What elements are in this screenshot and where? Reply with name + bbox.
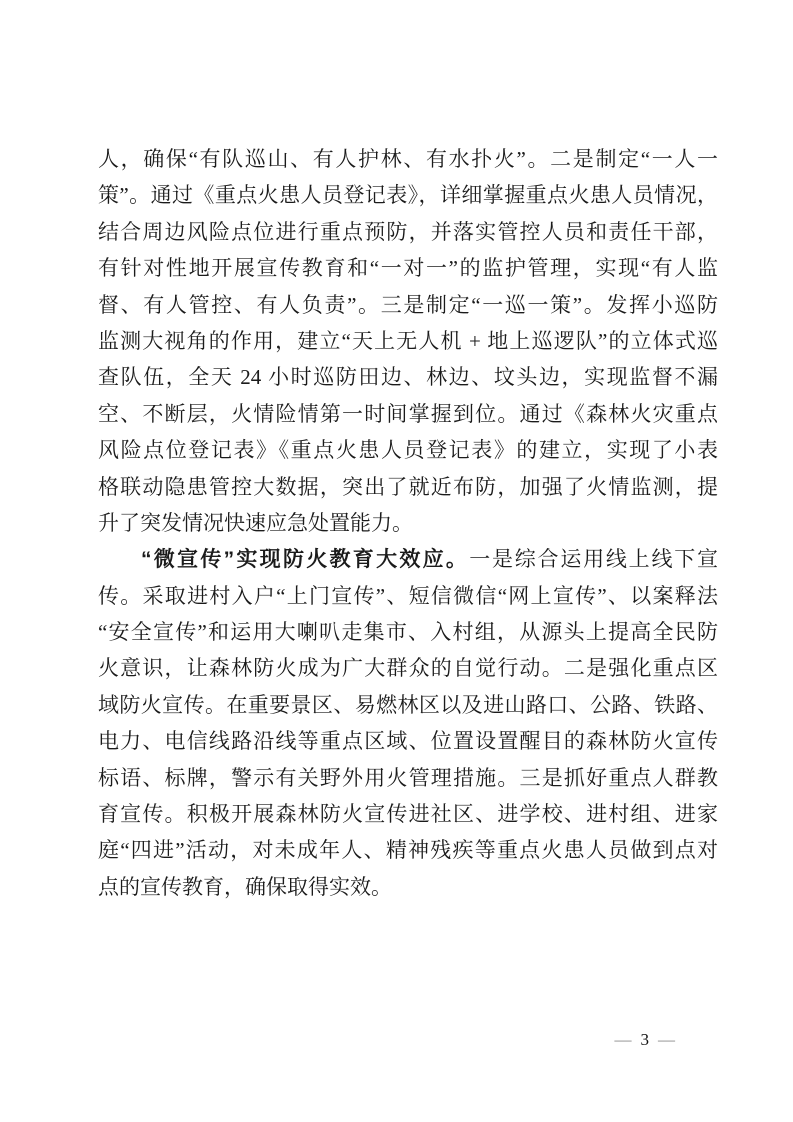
bold-subheading: “微宣传”实现防火教育大效应。	[141, 548, 469, 571]
text-line: 结合周边风险点位进行重点预防，并落实管控人员和责任干部，	[98, 214, 718, 250]
body-text: 人，确保“有队巡山、有人护林、有水扑火”。二是制定“一人一 策”。通过《重点火患…	[98, 141, 718, 905]
text-line: 火意识，让森林防火成为广大群众的自觉行动。二是强化重点区	[98, 650, 718, 686]
text-line: 策”。通过《重点火患人员登记表》，详细掌握重点火患人员情况，	[98, 177, 718, 213]
text-line: 风险点位登记表》《重点火患人员登记表》的建立，实现了小表	[98, 432, 718, 468]
page-footer: —3—	[615, 1030, 676, 1050]
text-line: 督、有人管控、有人负责”。三是制定“一巡一策”。发挥小巡防	[98, 287, 718, 323]
text-line: 人，确保“有队巡山、有人护林、有水扑火”。二是制定“一人一	[98, 141, 718, 177]
paragraph-2: “微宣传”实现防火教育大效应。一是综合运用线上线下宣 传。采取进村入户“上门宣传…	[98, 541, 718, 905]
text-line: 格联动隐患管控大数据，突出了就近布防，加强了火情监测，提	[98, 469, 718, 505]
text-line: 传。采取进村入户“上门宣传”、短信微信“网上宣传”、以案释法	[98, 578, 718, 614]
text-line: 空、不断层，火情险情第一时间掌握到位。通过《森林火灾重点	[98, 396, 718, 432]
text-line: “安全宣传”和运用大喇叭走集市、入村组，从源头上提高全民防	[98, 614, 718, 650]
text-line: 查队伍，全天 24 小时巡防田边、林边、坟头边，实现监督不漏	[98, 359, 718, 395]
text-line: 升了突发情况快速应急处置能力。	[98, 505, 718, 541]
text-line: 点的宣传教育，确保取得实效。	[98, 869, 718, 905]
page-number: 3	[641, 1030, 650, 1049]
text-line: 域防火宣传。在重要景区、易燃林区以及进山路口、公路、铁路、	[98, 687, 718, 723]
text-line: 有针对性地开展宣传教育和“一对一”的监护管理，实现“有人监	[98, 250, 718, 286]
footer-right-dash: —	[658, 1030, 675, 1049]
text-line: 庭“四进”活动，对未成年人、精神残疾等重点火患人员做到点对	[98, 832, 718, 868]
text-line: 标语、标牌，警示有关野外用火管理措施。三是抓好重点人群教	[98, 760, 718, 796]
paragraph-lead-line: “微宣传”实现防火教育大效应。一是综合运用线上线下宣	[98, 541, 718, 577]
lead-rest-text: 一是综合运用线上线下宣	[469, 547, 718, 571]
footer-left-dash: —	[615, 1030, 632, 1049]
document-page: 人，确保“有队巡山、有人护林、有水扑火”。二是制定“一人一 策”。通过《重点火患…	[0, 0, 793, 1122]
paragraph-1: 人，确保“有队巡山、有人护林、有水扑火”。二是制定“一人一 策”。通过《重点火患…	[98, 141, 718, 541]
text-line: 育宣传。积极开展森林防火宣传进社区、进学校、进村组、进家	[98, 796, 718, 832]
text-line: 电力、电信线路沿线等重点区域、位置设置醒目的森林防火宣传	[98, 723, 718, 759]
text-line: 监测大视角的作用，建立“天上无人机 + 地上巡逻队”的立体式巡	[98, 323, 718, 359]
